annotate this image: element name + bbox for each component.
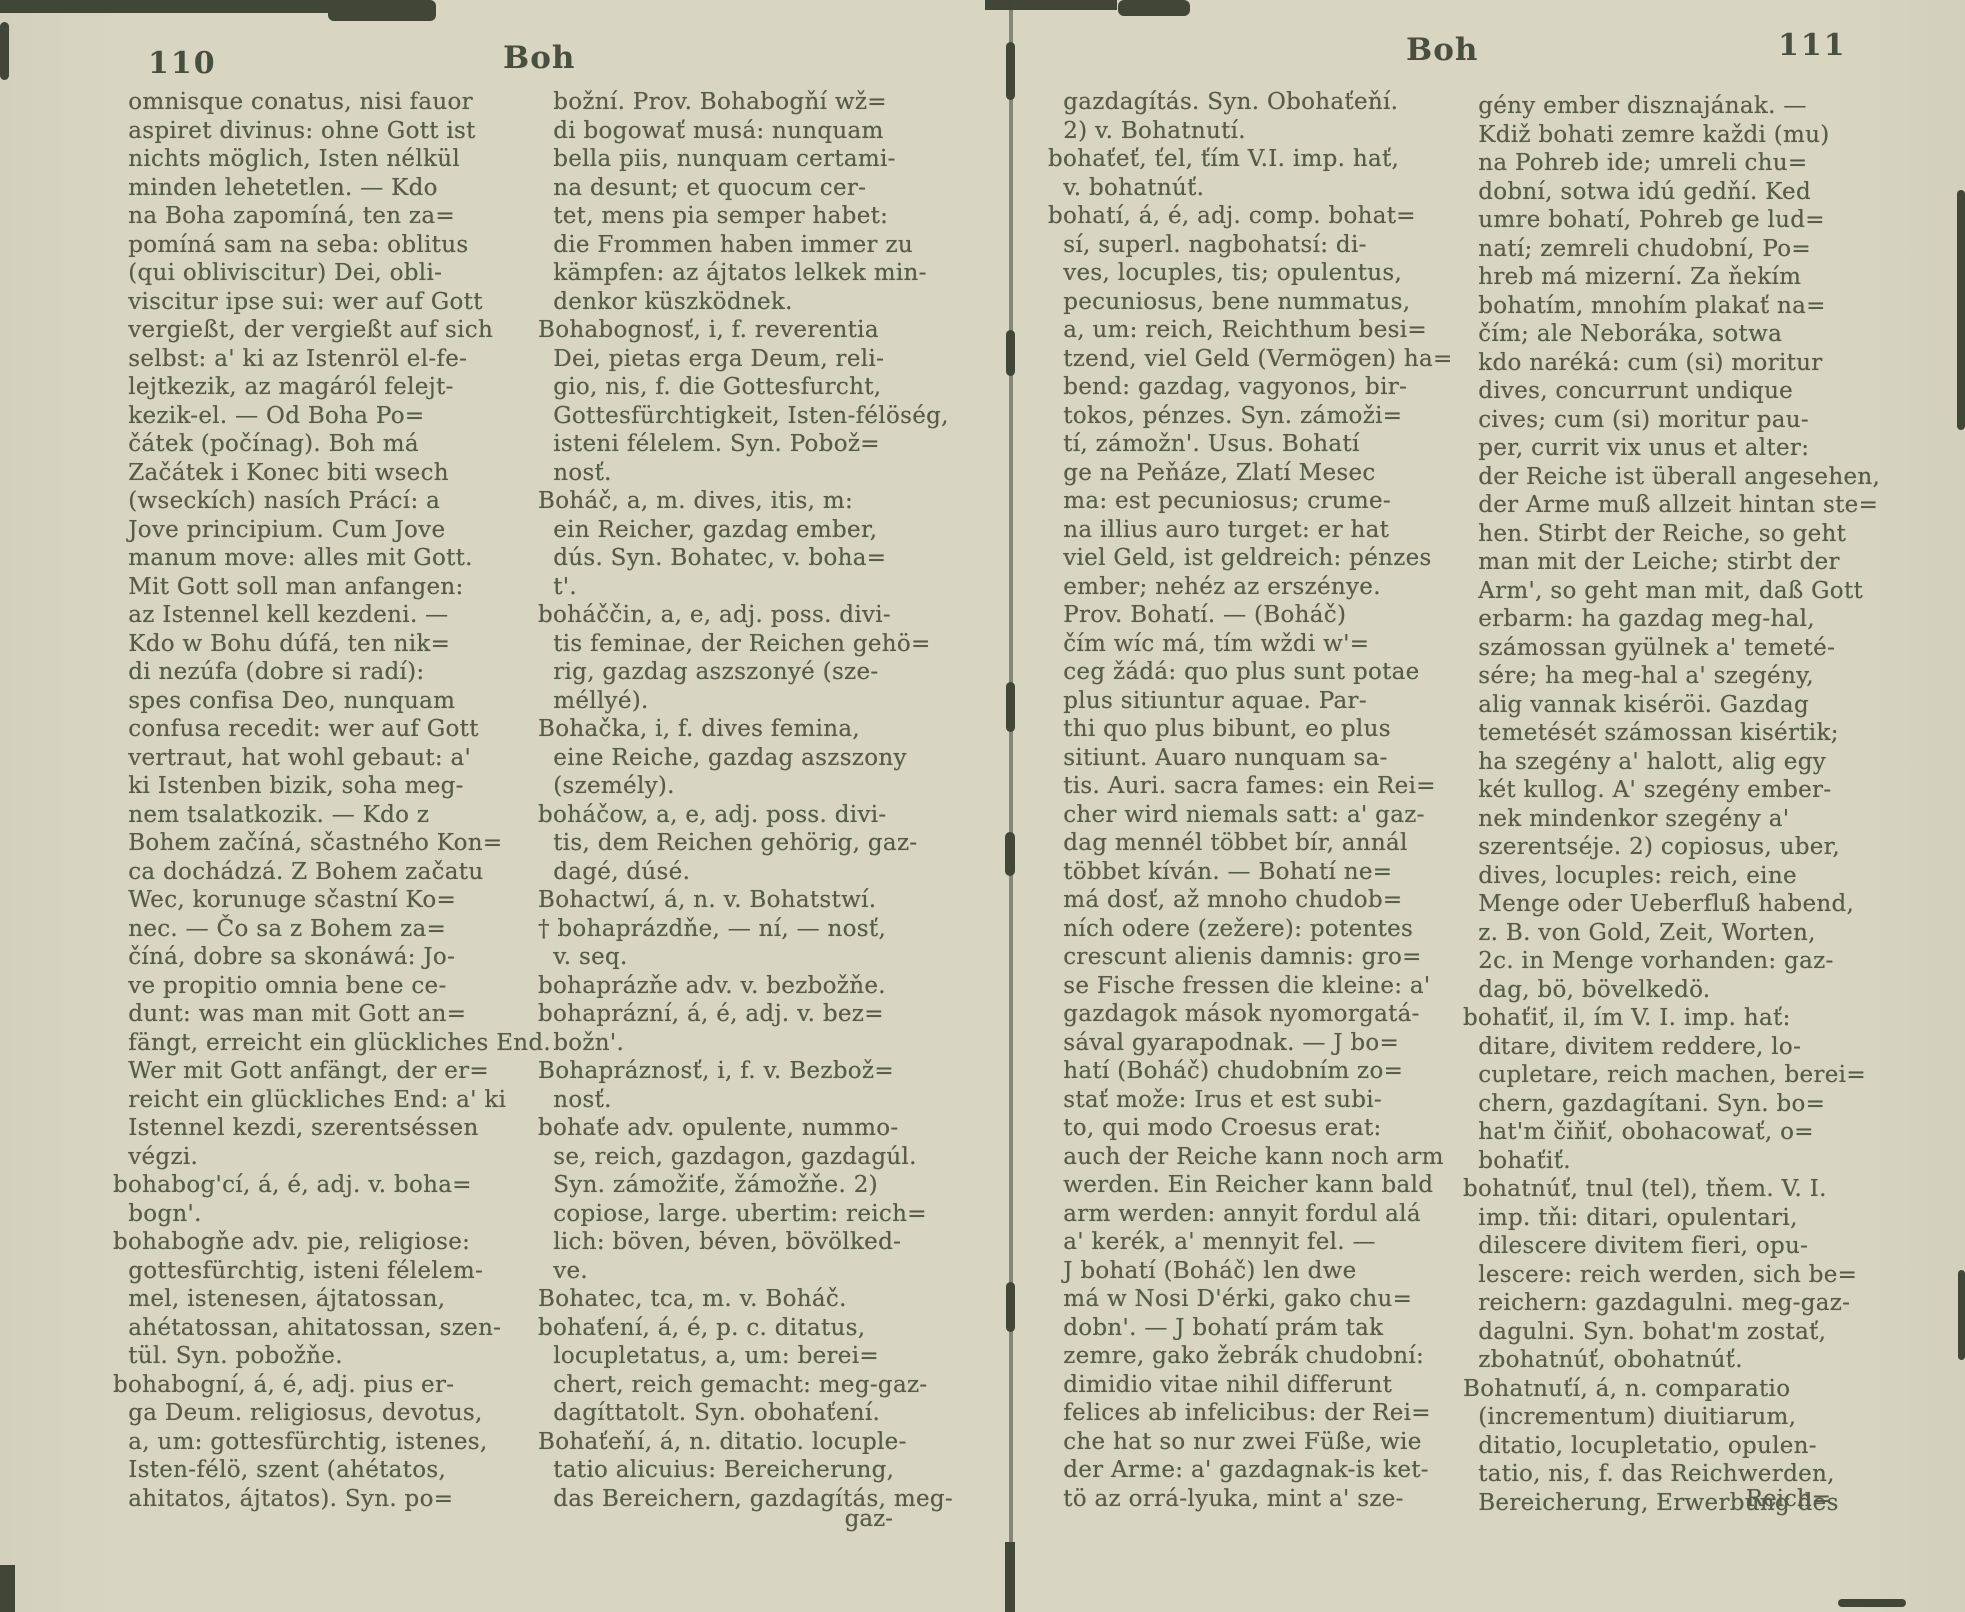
scan-artifact-gutter-mark-4 bbox=[1005, 832, 1015, 876]
text-column-3: gazdagítás. Syn. Obohaťeňí. 2) v. Bohatn… bbox=[1048, 88, 1500, 1513]
page-number-left: 110 bbox=[148, 46, 217, 81]
scan-artifact-right-edge-1 bbox=[1957, 190, 1965, 430]
scan-artifact-gutter-line bbox=[1009, 0, 1013, 1612]
scan-artifact-top-middle-2 bbox=[1118, 0, 1190, 16]
scan-artifact-gutter-mark-1 bbox=[1006, 42, 1015, 100]
catchword-right-page: Reich= bbox=[1483, 1486, 1831, 1512]
text-column-4: gény ember disznajának. — Kdiž bohati ze… bbox=[1463, 92, 1915, 1517]
catchword-left-page: gaz- bbox=[545, 1506, 893, 1532]
scan-artifact-top-left-bar bbox=[0, 0, 335, 13]
page-number-right: 111 bbox=[1778, 28, 1847, 63]
scan-artifact-top-left-blob bbox=[328, 0, 436, 21]
scan-artifact-gutter-mark-6 bbox=[1005, 1542, 1015, 1612]
scan-artifact-bottom-dash bbox=[1838, 1599, 1906, 1607]
scan-artifact-right-edge-2 bbox=[1958, 1270, 1965, 1360]
scan-artifact-left-edge bbox=[0, 22, 9, 80]
dictionary-scan-spread: 110 Boh Boh 111 omnisque conatus, nisi f… bbox=[0, 0, 1965, 1612]
running-title-left-page: Boh bbox=[503, 40, 575, 76]
scan-artifact-gutter-mark-5 bbox=[1006, 1282, 1015, 1332]
scan-artifact-bottom-left bbox=[0, 1565, 15, 1612]
scan-artifact-gutter-mark-3 bbox=[1006, 682, 1015, 732]
scan-artifact-gutter-mark-2 bbox=[1006, 330, 1015, 376]
text-column-1: omnisque conatus, nisi fauor aspiret div… bbox=[113, 88, 545, 1513]
running-title-right-page: Boh bbox=[1406, 32, 1478, 68]
scan-artifact-top-middle bbox=[985, 0, 1117, 10]
text-column-2: božní. Prov. Bohabogňí wž= di bogowať mu… bbox=[538, 88, 988, 1513]
